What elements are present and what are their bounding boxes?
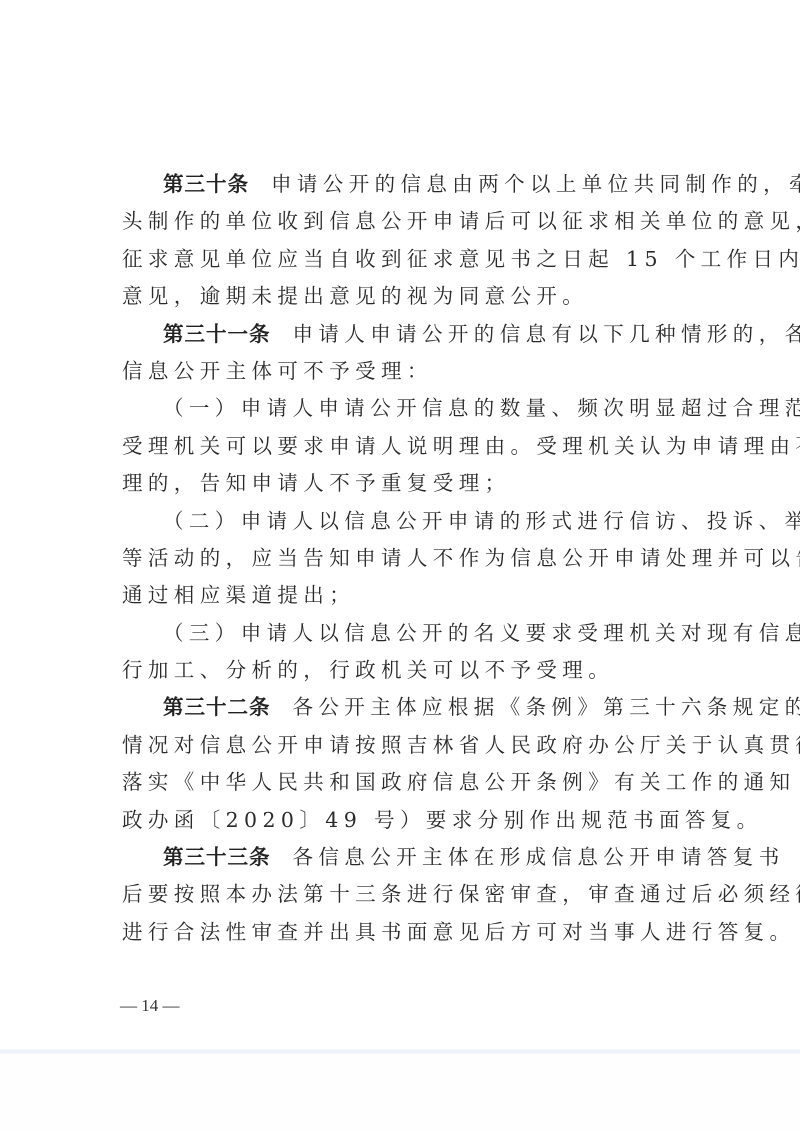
article-number: 第三十二条 xyxy=(163,695,271,719)
article-text-line: 进行合法性审查并出具书面意见后方可对当事人进行答复。 xyxy=(122,914,682,951)
article-text: 各信息公开主体在形成信息公开申请答复书 xyxy=(293,845,785,869)
article-text-line: 信息公开主体可不予受理： xyxy=(122,353,682,390)
list-item-1: （一）申请人申请公开信息的数量、频次明显超过合理范围， 受理机关可以要求申请人说… xyxy=(122,390,682,502)
list-item-3: （三）申请人以信息公开的名义要求受理机关对现有信息进 行加工、分析的，行政机关可… xyxy=(122,615,682,690)
article-31: 第三十一条申请人申请公开的信息有以下几种情形的，各 信息公开主体可不予受理： （… xyxy=(122,316,682,690)
article-text: 申请人申请公开的信息有以下几种情形的，各 xyxy=(293,322,800,346)
document-body: 第三十条申请公开的信息由两个以上单位共同制作的，牵 头制作的单位收到信息公开申请… xyxy=(122,166,682,951)
article-32: 第三十二条各公开主体应根据《条例》第三十六条规定的 情况对信息公开申请按照吉林省… xyxy=(122,689,682,839)
page-bottom-area xyxy=(0,1054,800,1131)
article-33: 第三十三条各信息公开主体在形成信息公开申请答复书 后要按照本办法第十三条进行保密… xyxy=(122,839,682,951)
article-number: 第三十条 xyxy=(163,172,249,196)
article-text-line: 后要按照本办法第十三条进行保密审查，审查通过后必须经律师 xyxy=(122,876,682,913)
article-first-line: 第三十三条各信息公开主体在形成信息公开申请答复书 xyxy=(122,839,682,876)
article-first-line: 第三十条申请公开的信息由两个以上单位共同制作的，牵 xyxy=(122,166,682,203)
article-text-line: 征求意见单位应当自收到征求意见书之日起 15 个工作日内提出 xyxy=(122,241,682,278)
document-page: 第三十条申请公开的信息由两个以上单位共同制作的，牵 头制作的单位收到信息公开申请… xyxy=(0,0,800,1050)
article-first-line: 第三十一条申请人申请公开的信息有以下几种情形的，各 xyxy=(122,316,682,353)
article-number: 第三十三条 xyxy=(163,845,271,869)
list-item-text-line: 等活动的，应当告知申请人不作为信息公开申请处理并可以告知 xyxy=(122,540,682,577)
article-text: 申请公开的信息由两个以上单位共同制作的，牵 xyxy=(271,172,800,196)
article-text-line: 落实《中华人民共和国政府信息公开条例》有关工作的通知（吉 xyxy=(122,764,682,801)
article-text: 各公开主体应根据《条例》第三十六条规定的 xyxy=(293,695,800,719)
list-item-text-line: 行加工、分析的，行政机关可以不予受理。 xyxy=(122,652,682,689)
article-number: 第三十一条 xyxy=(163,322,271,346)
article-text-line: 情况对信息公开申请按照吉林省人民政府办公厅关于认真贯彻 xyxy=(122,727,682,764)
list-item-2: （二）申请人以信息公开申请的形式进行信访、投诉、举报 等活动的，应当告知申请人不… xyxy=(122,503,682,615)
article-30: 第三十条申请公开的信息由两个以上单位共同制作的，牵 头制作的单位收到信息公开申请… xyxy=(122,166,682,316)
list-item-text-line: 理的，告知申请人不予重复受理； xyxy=(122,465,682,502)
page-number: — 14 — xyxy=(120,996,180,1016)
article-first-line: 第三十二条各公开主体应根据《条例》第三十六条规定的 xyxy=(122,689,682,726)
list-item-text-line: （一）申请人申请公开信息的数量、频次明显超过合理范围， xyxy=(122,390,682,427)
list-item-text-line: 通过相应渠道提出； xyxy=(122,577,682,614)
article-text-line: 头制作的单位收到信息公开申请后可以征求相关单位的意见，被 xyxy=(122,203,682,240)
list-item-text-line: （三）申请人以信息公开的名义要求受理机关对现有信息进 xyxy=(122,615,682,652)
article-text-line: 意见，逾期未提出意见的视为同意公开。 xyxy=(122,278,682,315)
article-text-line: 政办函〔2020〕49 号）要求分别作出规范书面答复。 xyxy=(122,802,682,839)
list-item-text-line: 受理机关可以要求申请人说明理由。受理机关认为申请理由不合 xyxy=(122,428,682,465)
list-item-text-line: （二）申请人以信息公开申请的形式进行信访、投诉、举报 xyxy=(122,503,682,540)
